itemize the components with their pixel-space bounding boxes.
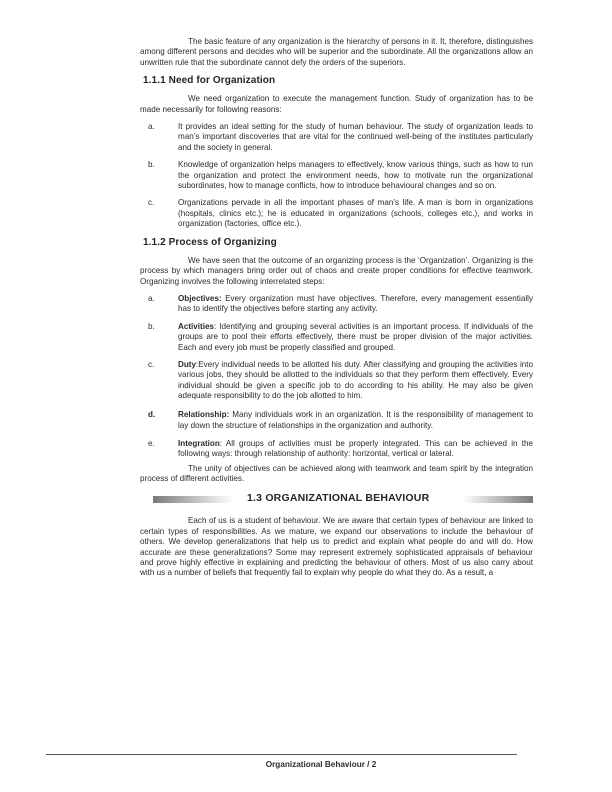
list-term: Integration bbox=[178, 439, 220, 448]
list-text: : All groups of activities must be prope… bbox=[178, 439, 533, 458]
list-term: Relationship: bbox=[178, 410, 229, 419]
list-text: It provides an ideal setting for the stu… bbox=[178, 122, 533, 152]
section-banner-organizational-behaviour: 1.3 ORGANIZATIONAL BEHAVIOUR bbox=[140, 492, 533, 506]
list-text: :Every individual needs to be allotted h… bbox=[178, 360, 533, 400]
list-item: d.Relationship: Many individuals work in… bbox=[140, 409, 533, 432]
list-item: b.Knowledge of organization helps manage… bbox=[140, 160, 533, 191]
list-text: : Identifying and grouping several activ… bbox=[178, 322, 533, 352]
page-body: The basic feature of any organization is… bbox=[140, 37, 533, 579]
list-item: c.Organizations pervade in all the impor… bbox=[140, 198, 533, 229]
section-heading-process-of-organizing: 1.1.2 Process of Organizing bbox=[143, 237, 533, 248]
page-footer: Organizational Behaviour / 2 bbox=[0, 760, 612, 769]
list-label: b. bbox=[148, 160, 155, 170]
list-item: b.Activities: Identifying and grouping s… bbox=[140, 322, 533, 353]
list-text: Knowledge of organization helps managers… bbox=[178, 160, 533, 190]
list-text: Many individuals work in an organization… bbox=[178, 410, 533, 431]
process-steps-list: a.Objectives: Every organization must ha… bbox=[140, 294, 533, 460]
list-label: a. bbox=[148, 122, 155, 132]
list-label: a. bbox=[148, 294, 155, 304]
list-item: a.It provides an ideal setting for the s… bbox=[140, 122, 533, 153]
list-term: Duty bbox=[178, 360, 196, 369]
ob-paragraph: Each of us is a student of behaviour. We… bbox=[140, 516, 533, 578]
footer-divider bbox=[46, 754, 517, 755]
list-term: Activities bbox=[178, 322, 214, 331]
list-term: Objectives: bbox=[178, 294, 222, 303]
list-item: c.Duty:Every individual needs to be allo… bbox=[140, 360, 533, 402]
section-heading-need-for-organization: 1.1.1 Need for Organization bbox=[143, 75, 533, 86]
need-paragraph: We need organization to execute the mana… bbox=[140, 94, 533, 115]
list-label: e. bbox=[148, 439, 155, 449]
list-label: d. bbox=[148, 409, 155, 421]
list-item: e.Integration: All groups of activities … bbox=[140, 439, 533, 460]
list-text: Every organization must have objectives.… bbox=[178, 294, 533, 313]
process-closing-paragraph: The unity of objectives can be achieved … bbox=[140, 464, 533, 485]
list-label: b. bbox=[148, 322, 155, 332]
list-text: Organizations pervade in all the importa… bbox=[178, 198, 533, 228]
list-label: c. bbox=[148, 198, 154, 208]
intro-paragraph: The basic feature of any organization is… bbox=[140, 37, 533, 68]
banner-gradient-bar-right bbox=[463, 496, 533, 503]
list-label: c. bbox=[148, 360, 154, 370]
need-reasons-list: a.It provides an ideal setting for the s… bbox=[140, 122, 533, 230]
list-item: a.Objectives: Every organization must ha… bbox=[140, 294, 533, 315]
section-title: 1.3 ORGANIZATIONAL BEHAVIOUR bbox=[247, 492, 429, 504]
process-paragraph: We have seen that the outcome of an orga… bbox=[140, 256, 533, 287]
banner-gradient-bar-left bbox=[153, 496, 233, 503]
